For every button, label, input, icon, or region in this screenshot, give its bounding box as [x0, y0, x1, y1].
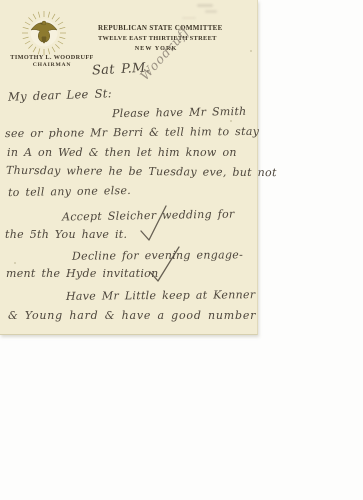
- letter-line: Please have Mr Smith: [112, 105, 247, 120]
- pencil-smudge: [197, 4, 213, 7]
- chairman-title: CHAIRMAN: [6, 62, 98, 68]
- org-address: TWELVE EAST THIRTIETH STREET: [98, 35, 214, 42]
- paper-speck: [250, 50, 252, 52]
- letter-line: the 5th You have it.: [5, 228, 127, 241]
- eagle-emblem-icon: [20, 8, 68, 58]
- letter-line: ment the Hyde invitation: [6, 267, 158, 280]
- paper-speck: [14, 262, 16, 264]
- letterhead-org-block: REPUBLICAN STATE COMMITTEE TWELVE EAST T…: [98, 24, 214, 52]
- chairman-block: TIMOTHY L. WOODRUFF CHAIRMAN: [6, 54, 98, 68]
- letter-line: Decline for evening engage-: [72, 248, 243, 262]
- letter-salutation: My dear Lee St:: [8, 86, 112, 104]
- pencil-smudge: [205, 10, 217, 13]
- letter-line: to tell any one else.: [8, 184, 131, 199]
- pencil-smudge: [182, 17, 196, 19]
- paper-speck: [230, 120, 232, 122]
- chairman-name: TIMOTHY L. WOODRUFF: [6, 54, 98, 61]
- letter-line: Thursday where he be Tuesday eve, but no…: [6, 164, 277, 179]
- letter-line: Have Mr Little keep at Kenner: [66, 288, 255, 303]
- scanned-letter-page: TIMOTHY L. WOODRUFF CHAIRMAN REPUBLICAN …: [0, 0, 363, 500]
- org-name: REPUBLICAN STATE COMMITTEE: [98, 24, 214, 32]
- letter-paper: TIMOTHY L. WOODRUFF CHAIRMAN REPUBLICAN …: [0, 0, 258, 335]
- letter-line: in A on Wed & then let him know on: [7, 146, 237, 159]
- letter-line: see or phone Mr Berri & tell him to stay: [5, 125, 259, 140]
- letter-line: Accept Sleicher wedding for: [62, 207, 235, 223]
- letter-line: & Young hard & have a good number: [8, 309, 256, 322]
